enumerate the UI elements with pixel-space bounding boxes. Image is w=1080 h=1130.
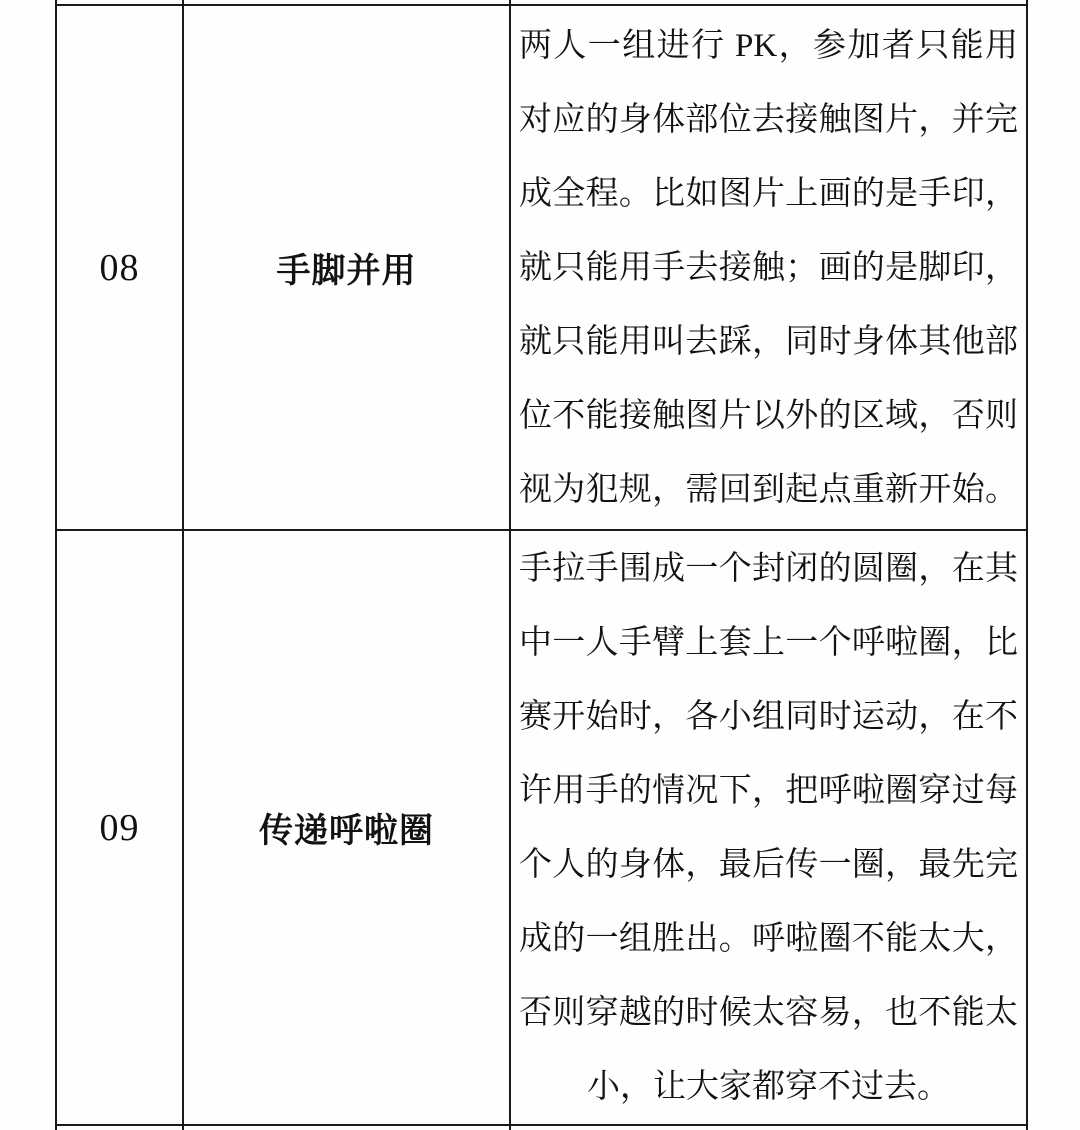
description-line: 赛开始时，各小组同时运动，在不 [519, 680, 1018, 754]
description-line: 视为犯规，需回到起点重新开始。 [519, 453, 1018, 527]
document-page: 08 手脚并用 两人一组进行 PK，参加者只能用 对应的身体部位去接触图片，并完… [0, 0, 1080, 1130]
description-line: 就只能用手去接触；画的是脚印， [519, 231, 1018, 305]
description-line: 成全程。比如图片上画的是手印， [519, 157, 1018, 231]
description-line: 否则穿越的时候太容易，也不能太 [519, 976, 1018, 1050]
description-line: 两人一组进行 PK，参加者只能用 [519, 9, 1018, 83]
activity-description-cell: 两人一组进行 PK，参加者只能用 对应的身体部位去接触图片，并完 成全程。比如图… [511, 6, 1026, 529]
description-line: 就只能用叫去踩，同时身体其他部 [519, 305, 1018, 379]
description-line-last: 小，让大家都穿不过去。 [519, 1050, 1018, 1124]
description-line: 个人的身体，最后传一圈，最先完 [519, 828, 1018, 902]
row-number-cell: 08 [57, 6, 182, 529]
activity-name: 传递呼啦圈 [259, 803, 434, 852]
row-number: 08 [100, 246, 140, 290]
table-border-right [1026, 0, 1028, 1130]
row-number-cell: 09 [57, 531, 182, 1124]
table-border-row-bottom [55, 1124, 1028, 1126]
description-line: 对应的身体部位去接触图片，并完 [519, 83, 1018, 157]
description-line: 成的一组胜出。呼啦圈不能太大， [519, 902, 1018, 976]
activity-name: 手脚并用 [277, 243, 417, 292]
table-row-08: 08 手脚并用 两人一组进行 PK，参加者只能用 对应的身体部位去接触图片，并完… [57, 6, 1026, 529]
description-line: 位不能接触图片以外的区域，否则 [519, 379, 1018, 453]
activity-name-cell: 传递呼啦圈 [184, 531, 509, 1124]
description-line: 中一人手臂上套上一个呼啦圈，比 [519, 606, 1018, 680]
activity-name-cell: 手脚并用 [184, 6, 509, 529]
row-number: 09 [100, 806, 140, 850]
description-line: 许用手的情况下，把呼啦圈穿过每 [519, 754, 1018, 828]
description-line: 手拉手围成一个封闭的圆圈，在其 [519, 532, 1018, 606]
activity-description-cell: 手拉手围成一个封闭的圆圈，在其 中一人手臂上套上一个呼啦圈，比 赛开始时，各小组… [511, 531, 1026, 1124]
activities-table: 08 手脚并用 两人一组进行 PK，参加者只能用 对应的身体部位去接触图片，并完… [55, 0, 1028, 1130]
table-row-09: 09 传递呼啦圈 手拉手围成一个封闭的圆圈，在其 中一人手臂上套上一个呼啦圈，比… [57, 531, 1026, 1124]
